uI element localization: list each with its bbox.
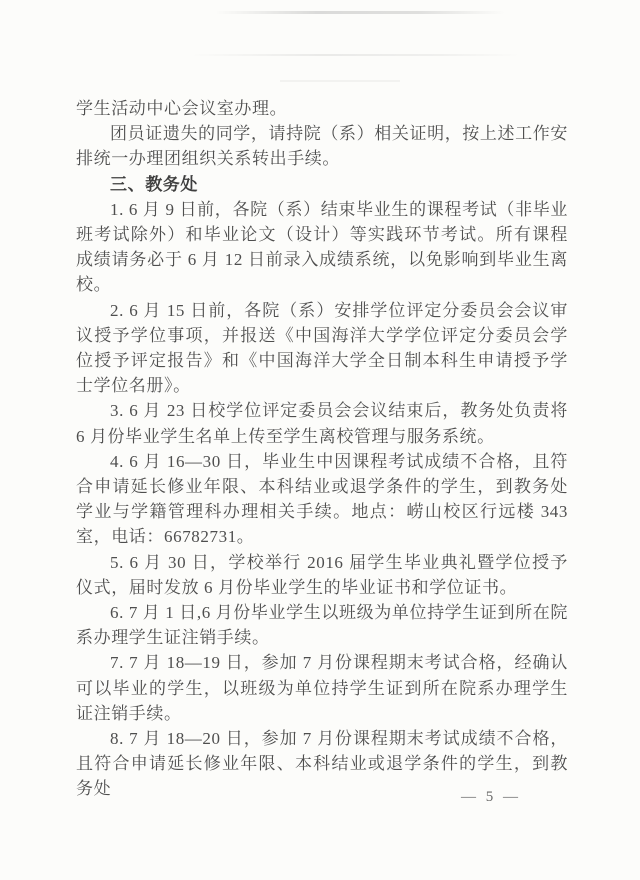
paragraph-9: 6. 7 月 1 日,6 月份毕业学生以班级为单位持学生证到所在院系办理学生证注…	[76, 600, 568, 650]
paragraph-2: 团员证遗失的同学，请持院（系）相关证明，按上述工作安排统一办理团组织关系转出手续…	[76, 121, 568, 171]
paragraph-6: 3. 6 月 23 日校学位评定委员会会议结束后，教务处负责将 6 月份毕业学生…	[76, 398, 568, 448]
document-body: 学生活动中心会议室办理。团员证遗失的同学，请持院（系）相关证明，按上述工作安排统…	[76, 96, 568, 802]
paragraph-4: 1. 6 月 9 日前，各院（系）结束毕业生的课程考试（非毕业班考试除外）和毕业…	[76, 197, 568, 298]
scanned-document-page: 学生活动中心会议室办理。团员证遗失的同学，请持院（系）相关证明，按上述工作安排统…	[0, 0, 640, 880]
paragraph-8: 5. 6 月 30 日，学校举行 2016 届学生毕业典礼暨学位授予仪式，届时发…	[76, 550, 568, 600]
paragraph-5: 2. 6 月 15 日前，各院（系）安排学位评定分委员会会议审议授予学位事项，并…	[76, 298, 568, 399]
scan-artifact	[215, 11, 505, 14]
paragraph-1: 学生活动中心会议室办理。	[76, 96, 568, 121]
scan-artifact	[190, 54, 520, 56]
paragraph-10: 7. 7 月 18—19 日，参加 7 月份课程期末考试合格，经确认可以毕业的学…	[76, 650, 568, 726]
section-heading: 三、教务处	[76, 172, 568, 197]
scan-artifact	[280, 80, 400, 82]
paragraph-7: 4. 6 月 16—30 日，毕业生中因课程考试成绩不合格，且符合申请延长修业年…	[76, 449, 568, 550]
page-number: — 5 —	[431, 789, 551, 806]
